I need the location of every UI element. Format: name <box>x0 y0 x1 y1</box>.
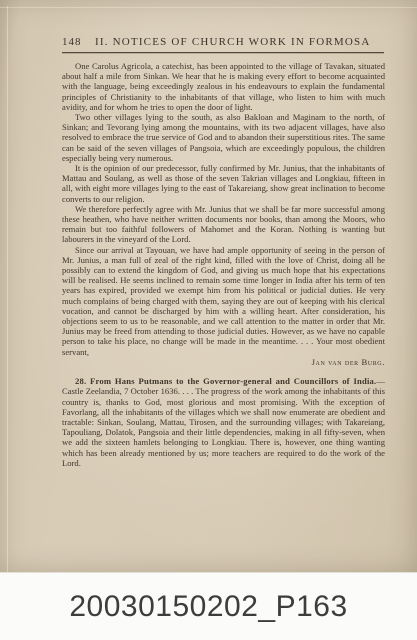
header-rule <box>62 52 384 53</box>
entry-28-heading: 28. From Hans Putmans to the Governor-ge… <box>75 376 376 386</box>
paragraph: It is the opinion of our predecessor, fu… <box>62 163 385 204</box>
page-number: 148 <box>62 36 82 48</box>
scan-id-label: 20030150202_P163 <box>69 590 347 624</box>
book-page-scan: 148 II. NOTICES OF CHURCH WORK IN FORMOS… <box>0 0 417 572</box>
paragraph: Two other villages lying to the south, a… <box>62 112 385 163</box>
running-title: II. NOTICES OF CHURCH WORK IN FORMOSA <box>82 36 385 48</box>
screenshot-root: 148 II. NOTICES OF CHURCH WORK IN FORMOS… <box>0 0 417 640</box>
scan-id-strip: 20030150202_P163 <box>0 572 417 640</box>
paragraph: One Carolus Agricola, a catechist, has b… <box>62 61 385 112</box>
entry-28-body: —Castle Zeelandia, 7 October 1636. . . .… <box>62 376 385 468</box>
page-body: One Carolus Agricola, a catechist, has b… <box>62 61 385 468</box>
paragraph: Since our arrival at Tayouan, we have ha… <box>62 245 385 357</box>
letter-signature: Jan van der Burg. <box>62 357 385 367</box>
paragraph: We therefore perfectly agree with Mr. Ju… <box>62 204 385 245</box>
page-header: 148 II. NOTICES OF CHURCH WORK IN FORMOS… <box>62 36 384 48</box>
entry-28: 28. From Hans Putmans to the Governor-ge… <box>62 376 385 468</box>
